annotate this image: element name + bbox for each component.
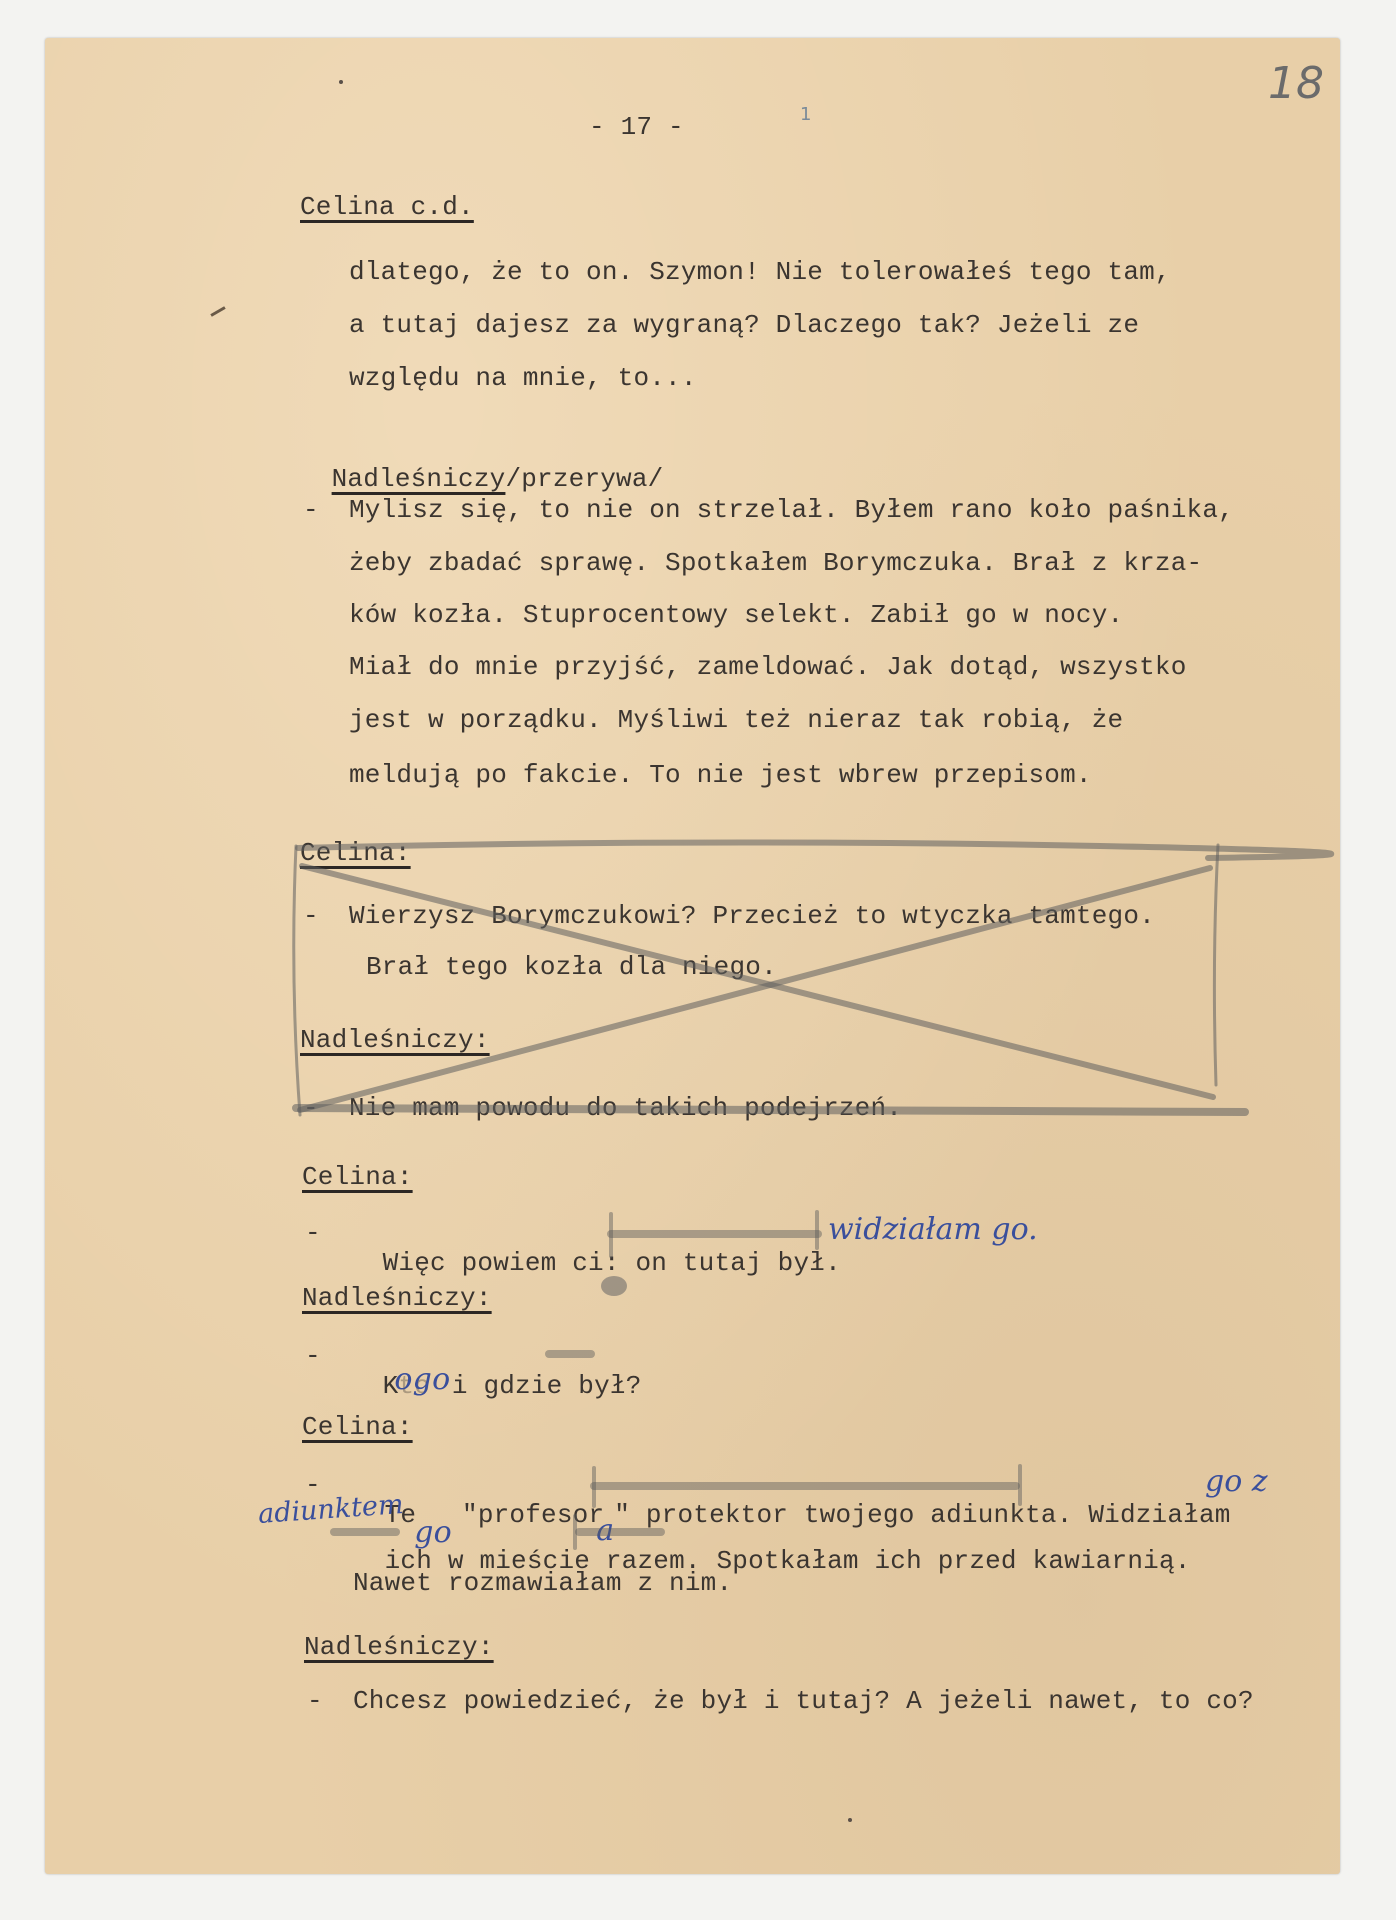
speaker-label: Nadleśniczy: — [304, 1632, 494, 1662]
strike-through — [590, 1482, 1020, 1490]
handwritten-insertion: widziałam go. — [828, 1212, 1038, 1247]
typed-text: ? — [626, 1371, 642, 1401]
handwritten-insertion: go z — [1205, 1464, 1268, 1499]
strike-bracket — [1018, 1464, 1022, 1506]
ink-stain — [601, 1276, 627, 1296]
strike-bracket — [609, 1212, 613, 1258]
dialogue-line: Więc powiem ci: on tutaj był. — [351, 1218, 841, 1278]
dialogue-line: Nawet rozmawiałam z nim. — [353, 1568, 732, 1598]
dialogue-line: Ktoogo i gdzie był? — [351, 1341, 642, 1401]
dialogue-dash: - — [307, 1686, 323, 1716]
struck-text: był — [578, 1371, 625, 1401]
strike-bracket — [573, 1514, 577, 1550]
dialogue-line: ich w mieście razem. Spotkałam ich przed… — [353, 1516, 1191, 1576]
strike-bracket — [815, 1210, 819, 1250]
strike-through — [330, 1528, 400, 1536]
dialogue-dash: - — [305, 1218, 321, 1248]
typed-text: . Spotkałam ich przed kawiarnią. — [685, 1546, 1191, 1576]
handwritten-correction: toogo — [398, 1371, 430, 1401]
typed-text: i gdzie — [436, 1371, 578, 1401]
strike-through — [607, 1230, 822, 1238]
speaker-label: Celina: — [302, 1162, 413, 1192]
strike-bracket — [592, 1466, 596, 1508]
strike-through — [545, 1350, 595, 1358]
dialogue-dash: - — [305, 1341, 321, 1371]
typed-text: Więc powiem ci: — [383, 1248, 636, 1278]
dialogue-line: Chcesz powiedzieć, że był i tutaj? A jeż… — [353, 1686, 1254, 1716]
speaker-label: Celina: — [302, 1412, 413, 1442]
strike-through — [575, 1528, 665, 1536]
struck-text: on tutaj był. — [635, 1248, 840, 1278]
pencil-cross-out — [0, 0, 1396, 1920]
speaker-label: Nadleśniczy: — [302, 1283, 492, 1313]
